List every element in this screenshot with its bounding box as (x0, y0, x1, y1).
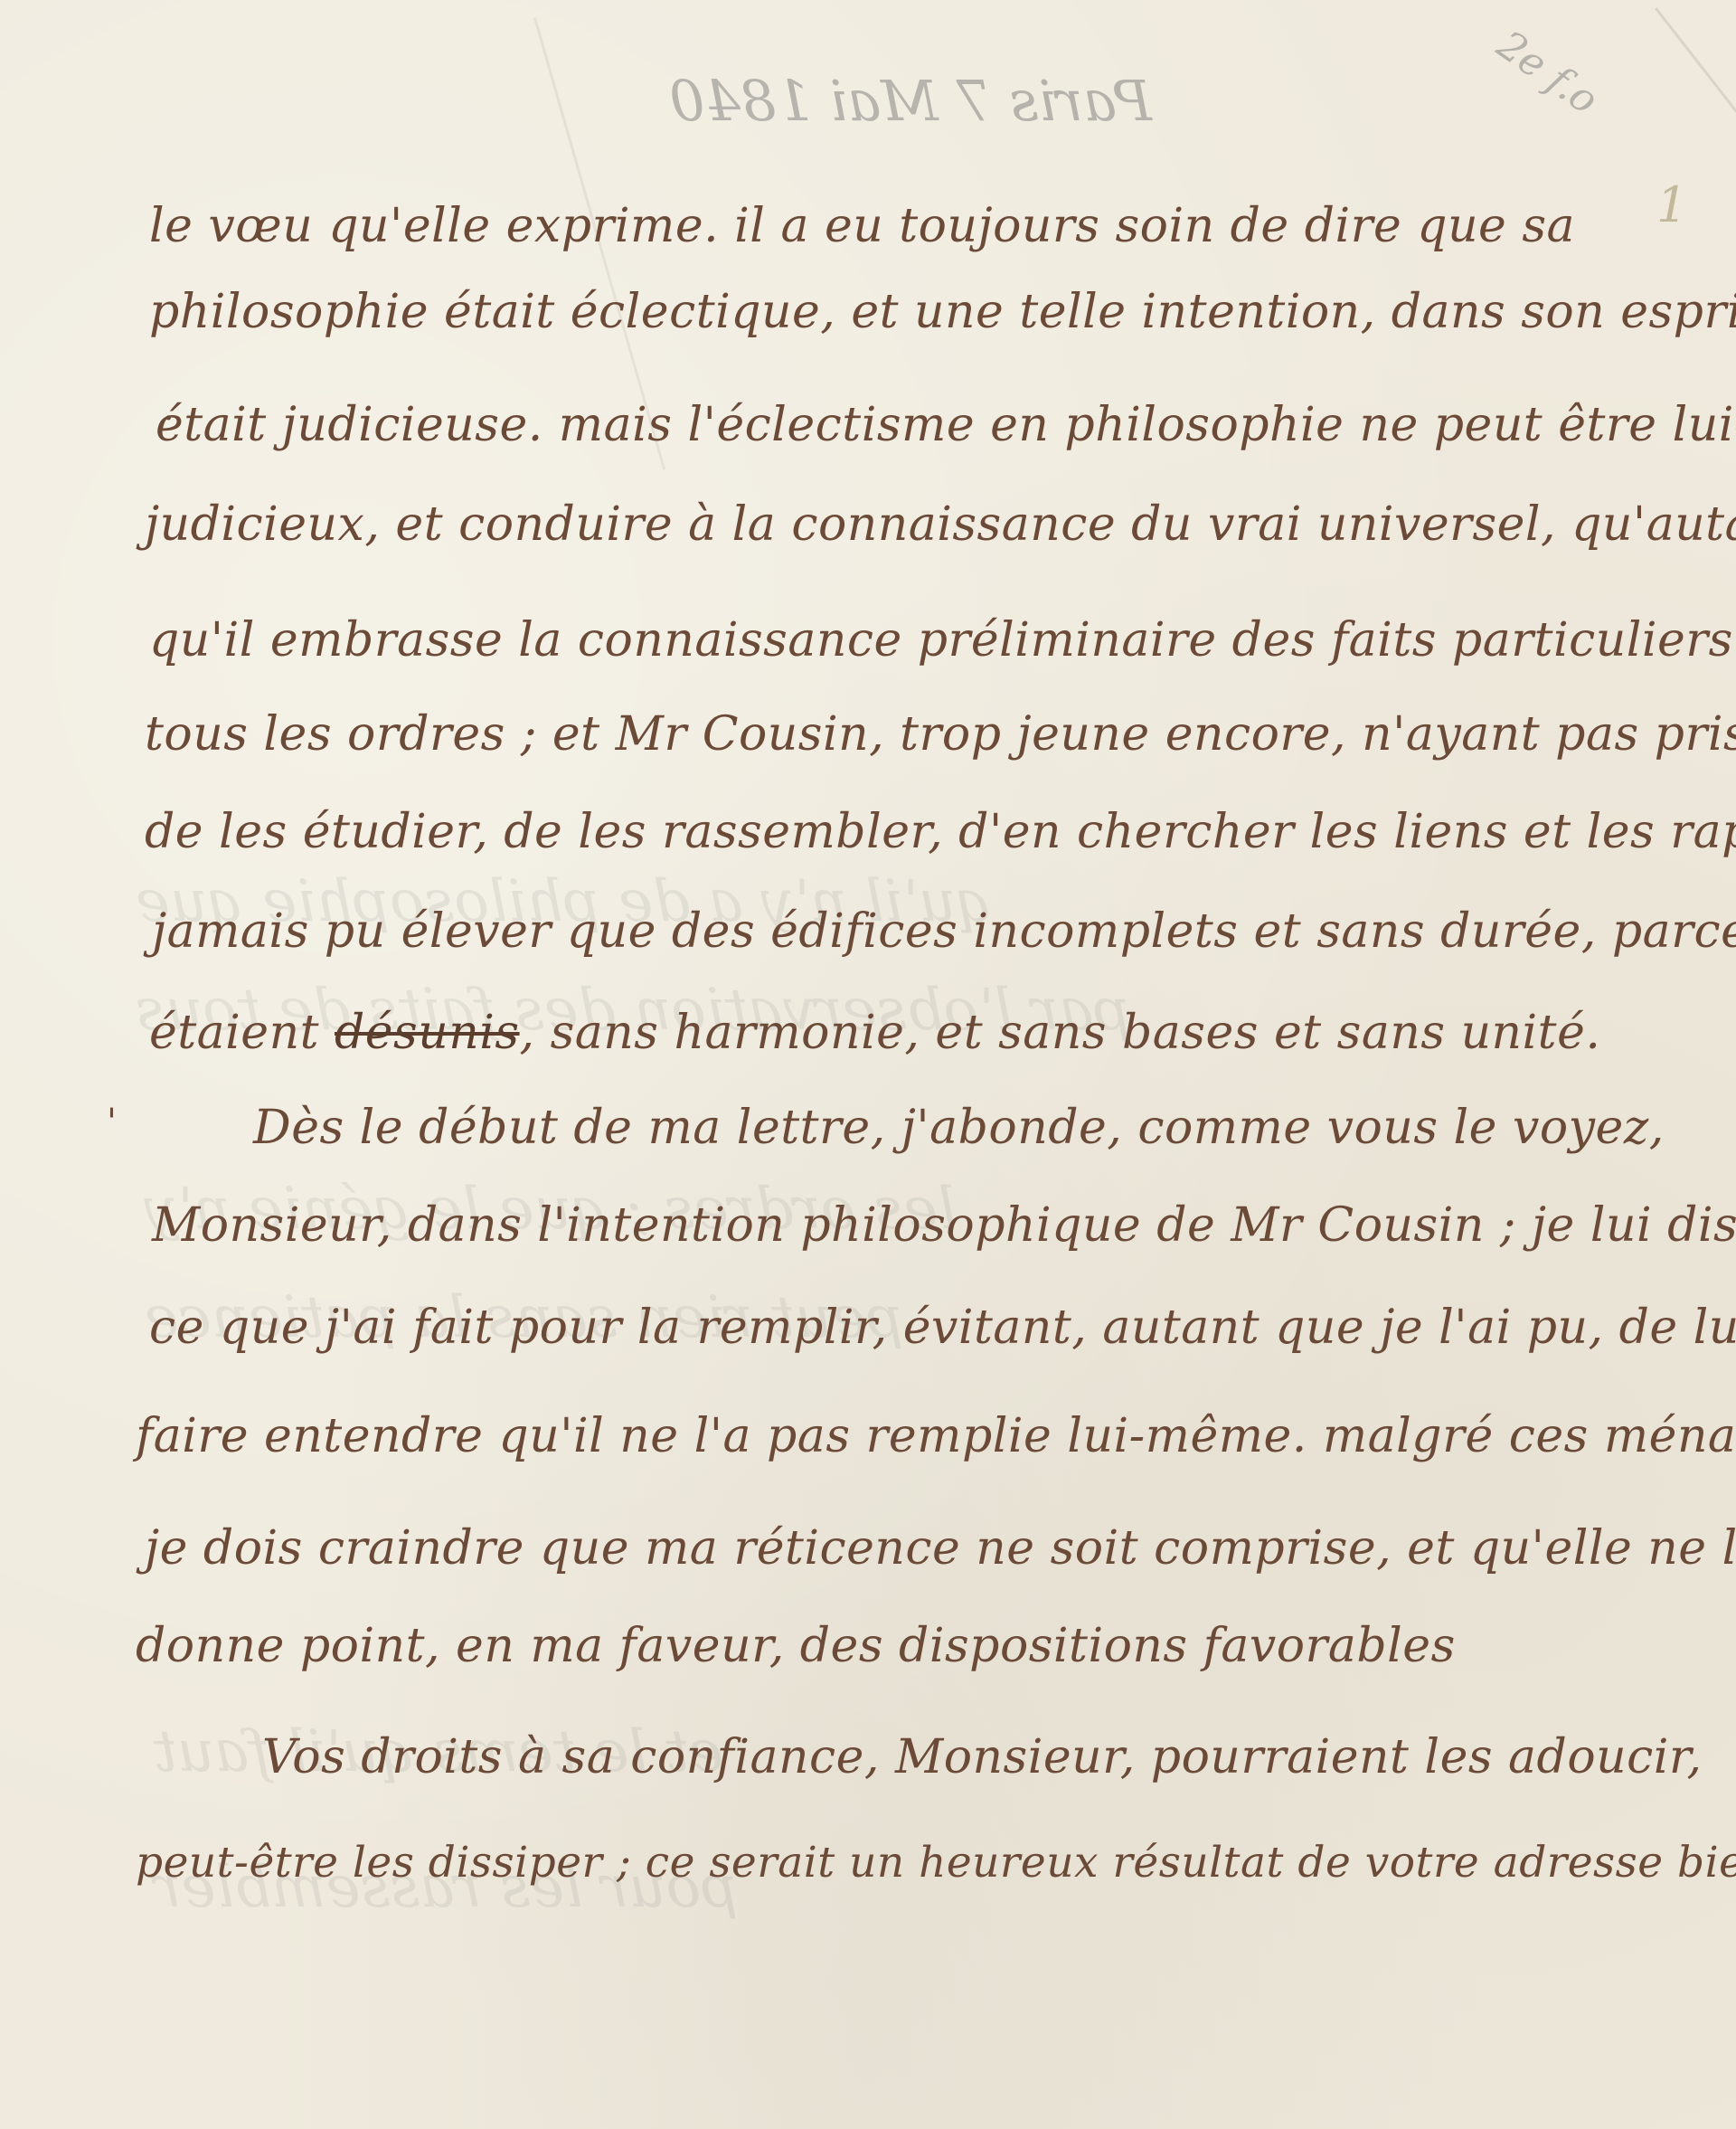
letter-line-12: ce que j'ai fait pour la remplir, évitan… (149, 1301, 1736, 1355)
letter-line-11: Monsieur, dans l'intention philosophique… (152, 1198, 1736, 1253)
letter-line-2: philosophie était éclectique, et une tel… (149, 285, 1736, 339)
letter-line-8: jamais pu élever que des édifices incomp… (152, 904, 1736, 959)
line-9-end: , sans harmonie, et sans bases et sans u… (520, 1006, 1601, 1060)
letter-page: qu'il n'y a de philosophie que par l'obs… (0, 0, 1736, 2129)
letter-line-10: Dès le début de ma lettre, j'abonde, com… (253, 1101, 1665, 1155)
pencil-date: Paris 7 Mai 1840 (669, 68, 1152, 134)
letter-line-13: faire entendre qu'il ne l'a pas remplie … (136, 1409, 1736, 1463)
letter-line-15: donne point, en ma faveur, des dispositi… (136, 1619, 1456, 1673)
line-9-start: étaient (149, 1006, 335, 1060)
letter-line-9: étaient désunis, sans harmonie, et sans … (149, 1006, 1600, 1060)
letter-line-7: de les étudier, de les rassembler, d'en … (145, 805, 1736, 859)
pencil-corner-mark: 1 (1656, 176, 1687, 233)
letter-line-5: qu'il embrasse la connaissance prélimina… (149, 613, 1736, 667)
letter-line-16: Vos droits à sa confiance, Monsieur, pou… (262, 1730, 1703, 1784)
crease-line (1655, 7, 1736, 116)
letter-line-14: je dois craindre que ma réticence ne soi… (145, 1521, 1736, 1575)
letter-line-3: était judicieuse. mais l'éclectisme en p… (156, 398, 1736, 452)
letter-line-6: tous les ordres ; et Mr Cousin, trop jeu… (145, 707, 1736, 762)
letter-line-4: judicieux, et conduire à la connaissance… (145, 497, 1736, 552)
letter-line-17: peut-être les dissiper ; ce serait un he… (136, 1836, 1736, 1890)
letter-line-1: le vœu qu'elle exprime. il a eu toujours… (149, 199, 1575, 253)
pencil-corner-scribble: 2e f.o (1489, 22, 1607, 123)
margin-mark: ' (107, 1102, 117, 1143)
struck-word: désunis (335, 1006, 520, 1060)
